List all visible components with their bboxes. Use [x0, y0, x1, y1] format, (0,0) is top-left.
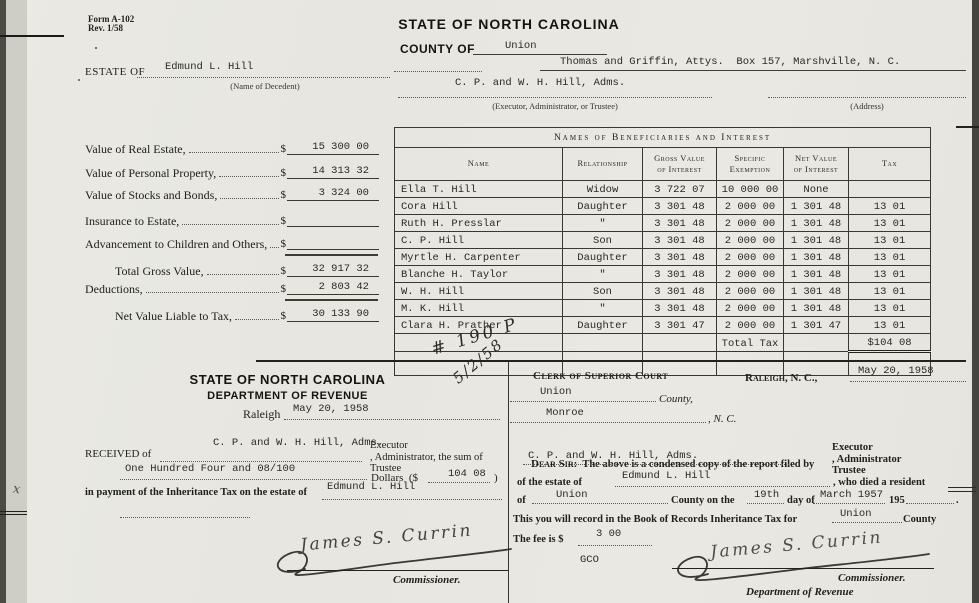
cell-net: 1 301 48	[784, 215, 849, 232]
county-line	[473, 54, 607, 55]
cell-relationship: Widow	[563, 181, 643, 198]
cell-tax: 13 01	[849, 249, 931, 266]
cell-tax: 13 01	[849, 266, 931, 283]
cell-empty	[784, 334, 849, 352]
typist-initials: GCO	[580, 554, 599, 566]
table-row: Cora HillDaughter3 301 482 000 001 301 4…	[395, 198, 931, 215]
valuation-label: Insurance to Estate,	[85, 215, 179, 227]
address-caption: (Address)	[768, 101, 966, 111]
amount-line: 14 313 32	[287, 164, 379, 179]
cell-exemption: 2 000 00	[717, 283, 784, 300]
cell-gross: 3 301 48	[643, 283, 717, 300]
table-row: W. H. HillSon3 301 482 000 001 301 4813 …	[395, 283, 931, 300]
cell-exemption: 2 000 00	[717, 215, 784, 232]
fee-value: 3 00	[596, 528, 621, 540]
cell-net: 1 301 48	[784, 249, 849, 266]
amount-in-words: One Hundred Four and 08/100	[125, 463, 295, 475]
cell-gross: 3 301 48	[643, 266, 717, 283]
death-month-line	[813, 503, 885, 504]
section-divider-horizontal	[256, 360, 966, 362]
cell-exemption: 10 000 00	[717, 181, 784, 198]
signature-line-left	[287, 570, 508, 571]
cell-tax: 13 01	[849, 300, 931, 317]
dollar-sign: $	[281, 311, 287, 322]
cell-tax	[849, 181, 931, 198]
attorneys-line: Thomas and Griffin, Attys. Box 157, Mars…	[560, 56, 900, 68]
scan-left-margin-line2	[0, 514, 27, 515]
cell-relationship: Daughter	[563, 317, 643, 334]
clerk-estate-name: Edmund L. Hill	[622, 470, 710, 482]
total-tax-value: $104 08	[849, 334, 931, 352]
of-label: of	[517, 495, 526, 506]
commissioner-label-right: Commissioner.	[838, 572, 906, 584]
executor-caption: (Executor, Administrator, or Trustee)	[398, 101, 712, 111]
col-header-gross: Gross Value of Interest	[643, 148, 717, 181]
cell-relationship: "	[563, 215, 643, 232]
dollar-sign: $	[281, 239, 287, 250]
cell-exemption: 2 000 00	[717, 266, 784, 283]
amount-value: 15 300 00	[312, 141, 369, 153]
cell-relationship: Son	[563, 232, 643, 249]
receipt-estate-line	[322, 499, 502, 500]
nc-label: , N. C.	[708, 413, 736, 425]
receipt-state-title: STATE OF NORTH CAROLINA	[165, 372, 410, 387]
clerk-filer-value: C. P. and W. H. Hill, Adms.	[528, 450, 698, 462]
table-row: Ella T. HillWidow3 722 0710 000 00None	[395, 181, 931, 198]
valuation-row-deductions: Deductions,$2 803 42	[85, 281, 379, 295]
decedent-caption: (Name of Decedent)	[215, 81, 315, 91]
amount-numeric-line	[428, 482, 490, 483]
cell-exemption: 2 000 00	[717, 317, 784, 334]
payment-line: in payment of the Inheritance Tax on the…	[85, 487, 307, 498]
clerk-role-stack: Executor , Administrator Trustee	[832, 442, 901, 477]
receipt-date-line	[284, 419, 500, 420]
year-line	[906, 503, 954, 504]
dollar-sign: $	[281, 168, 287, 179]
deductions-second-line	[285, 299, 378, 301]
dollar-sign: $	[281, 266, 287, 277]
inheritance-tax-form-scan: x Form A-102 Rev. 1/58 STATE OF NORTH CA…	[0, 0, 979, 603]
sentence-period: .	[956, 495, 959, 506]
cell-name: Ella T. Hill	[395, 181, 563, 198]
attorneys-underline	[540, 70, 966, 71]
cell-name: M. K. Hill	[395, 300, 563, 317]
cell-tax: 13 01	[849, 283, 931, 300]
valuation-row-net-value: Net Value Liable to Tax,$30 133 90	[85, 308, 379, 322]
estate-of-line-stub	[394, 71, 482, 72]
dollar-sign: $	[281, 216, 287, 227]
table-row: Ruth H. Presslar"3 301 482 000 001 301 4…	[395, 215, 931, 232]
col-header-exemption: Specific Exemption	[717, 148, 784, 181]
speck	[78, 79, 80, 81]
receipt-blank-line	[120, 517, 250, 518]
paren-close: )	[494, 472, 498, 484]
scan-right-dark-strip	[972, 0, 979, 603]
valuation-label: Advancement to Children and Others,	[85, 238, 267, 250]
estate-of-line	[137, 77, 390, 78]
commissioner-label-left: Commissioner.	[393, 574, 461, 586]
dollar-sign: $	[281, 144, 287, 155]
cell-net: 1 301 47	[784, 317, 849, 334]
receipt-estate-name: Edmund L. Hill	[327, 481, 415, 493]
scan-left-margin-line	[0, 511, 27, 512]
amount-value: 14 313 32	[312, 165, 369, 177]
executor-line	[398, 97, 712, 98]
decedent-name: Edmund L. Hill	[165, 61, 253, 73]
amount-line: 3 324 00	[287, 186, 379, 201]
clerk-date: May 20, 1958	[858, 365, 934, 377]
cell-gross: 3 301 47	[643, 317, 717, 334]
dotted-leader	[189, 152, 279, 153]
valuation-row-stocks-bonds: Value of Stocks and Bonds,$3 324 00	[85, 187, 379, 201]
amount-line: 30 133 90	[287, 307, 379, 322]
dotted-leader	[146, 292, 279, 293]
page-title: STATE OF NORTH CAROLINA	[398, 16, 620, 32]
valuation-row-personal-property: Value of Personal Property,$14 313 32	[85, 165, 379, 179]
cell-net: None	[784, 181, 849, 198]
cell-name: Myrtle H. Carpenter	[395, 249, 563, 266]
cell-relationship: "	[563, 266, 643, 283]
amount-value: 32 917 32	[312, 263, 369, 275]
dotted-leader	[270, 247, 278, 248]
clerk-of-court-label: Clerk of Superior Court	[533, 370, 668, 382]
clerk-city-value: Monroe	[546, 407, 584, 419]
valuation-label: Deductions,	[85, 283, 143, 295]
amount-value: 3 324 00	[319, 187, 369, 199]
clerk-estate-line	[615, 486, 830, 487]
role-executor: Executor	[832, 442, 901, 454]
cell-gross: 3 301 48	[643, 249, 717, 266]
cell-tax: 13 01	[849, 317, 931, 334]
amount-line	[287, 235, 379, 250]
year-prefix-label: 195	[889, 495, 905, 506]
cell-exemption: 2 000 00	[717, 300, 784, 317]
received-of-label: RECEIVED of	[85, 448, 151, 460]
table-caption: Names of Beneficiaries and Interest	[395, 128, 931, 148]
col-header-tax: Tax	[849, 148, 931, 181]
valuation-label: Total Gross Value,	[85, 265, 204, 277]
county-label: County,	[659, 393, 693, 405]
advancement-second-line	[285, 254, 378, 256]
raleigh-label: Raleigh, N. C.,	[745, 372, 817, 384]
cell-gross: 3 301 48	[643, 198, 717, 215]
dotted-leader	[207, 274, 279, 275]
death-day-value: 19th	[754, 489, 779, 501]
receipt-payer: C. P. and W. H. Hill, Adms.	[213, 437, 383, 449]
amount-line: 2 803 42	[287, 280, 379, 295]
valuation-label: Value of Real Estate,	[85, 143, 186, 155]
role-administrator: , Administrator, the sum of	[370, 452, 483, 464]
scan-left-margin-strip	[6, 0, 27, 603]
table-row: C. P. HillSon3 301 482 000 001 301 4813 …	[395, 232, 931, 249]
cell-name: Ruth H. Presslar	[395, 215, 563, 232]
col-header-relationship: Relationship	[563, 148, 643, 181]
fee-label: The fee is $	[513, 534, 563, 545]
dollar-sign: $	[281, 190, 287, 201]
dollar-sign: $	[281, 284, 287, 295]
valuation-row-advancement: Advancement to Children and Others,$	[85, 236, 379, 250]
death-month-value: March 1957	[820, 489, 883, 501]
table-row: Blanche H. Taylor"3 301 482 000 001 301 …	[395, 266, 931, 283]
amount-numeric: 104 08	[448, 468, 486, 480]
cell-empty	[563, 334, 643, 352]
record-county-label: County	[903, 514, 936, 525]
table-row: Myrtle H. CarpenterDaughter3 301 482 000…	[395, 249, 931, 266]
clerk-filer-line	[523, 464, 795, 465]
valuation-label: Value of Personal Property,	[85, 167, 216, 179]
clerk-county2-line	[532, 503, 668, 504]
cell-net: 1 301 48	[784, 283, 849, 300]
amount-value: 30 133 90	[312, 308, 369, 320]
dotted-leader	[219, 176, 278, 177]
cell-name: Cora Hill	[395, 198, 563, 215]
cell-relationship: Son	[563, 283, 643, 300]
cell-net: 1 301 48	[784, 232, 849, 249]
cell-gross: 3 301 48	[643, 232, 717, 249]
county-of-label: COUNTY OF	[400, 42, 475, 56]
clerk-city-line	[510, 422, 706, 423]
clerk-date-line	[850, 381, 966, 382]
cell-name: C. P. Hill	[395, 232, 563, 249]
form-revision: Rev. 1/58	[88, 23, 123, 33]
death-day-line	[747, 503, 784, 504]
role-executor: Executor	[370, 440, 483, 452]
cell-exemption: 2 000 00	[717, 198, 784, 215]
record-county-line	[832, 522, 902, 523]
receipt-dept-title: DEPARTMENT OF REVENUE	[165, 390, 410, 402]
dotted-leader	[182, 224, 278, 225]
cell-exemption: 2 000 00	[717, 249, 784, 266]
dotted-leader	[220, 198, 278, 199]
amount-line: 32 917 32	[287, 262, 379, 277]
cell-tax: 13 01	[849, 232, 931, 249]
cell-net: 1 301 48	[784, 266, 849, 283]
cell-empty	[643, 334, 717, 352]
cell-gross: 3 301 48	[643, 300, 717, 317]
valuation-label: Value of Stocks and Bonds,	[85, 189, 217, 201]
valuation-row-total-gross: Total Gross Value,$32 917 32	[85, 263, 379, 277]
scan-right-margin-mark2	[948, 491, 976, 492]
cell-tax: 13 01	[849, 215, 931, 232]
cell-gross: 3 301 48	[643, 215, 717, 232]
table-header-row: Name Relationship Gross Value of Interes…	[395, 148, 931, 181]
scan-topleft-edge-line	[0, 35, 64, 37]
cell-relationship: Daughter	[563, 249, 643, 266]
col-header-net: Net Value of Interest	[784, 148, 849, 181]
receipt-place-label: Raleigh	[243, 407, 280, 422]
county-on-label: County on the	[671, 495, 735, 506]
cell-gross: 3 722 07	[643, 181, 717, 198]
valuation-row-insurance: Insurance to Estate,$	[85, 213, 379, 227]
table-row: M. K. Hill"3 301 482 000 001 301 4813 01	[395, 300, 931, 317]
cell-relationship: "	[563, 300, 643, 317]
scan-right-margin-mark	[948, 487, 976, 488]
record-line: This you will record in the Book of Reco…	[513, 514, 797, 525]
cell-exemption: 2 000 00	[717, 232, 784, 249]
cell-net: 1 301 48	[784, 300, 849, 317]
col-header-name: Name	[395, 148, 563, 181]
received-of-line	[160, 461, 362, 462]
cell-relationship: Daughter	[563, 198, 643, 215]
amount-line: 15 300 00	[287, 140, 379, 155]
clerk-county-line	[510, 401, 656, 402]
cell-net: 1 301 48	[784, 198, 849, 215]
receipt-date: May 20, 1958	[293, 403, 369, 415]
county-value: Union	[505, 40, 537, 52]
fee-line	[578, 545, 652, 546]
speck	[95, 47, 97, 49]
role-administrator: , Administrator	[832, 454, 901, 466]
dept-of-revenue-label: Department of Revenue	[746, 586, 854, 598]
cell-name: Blanche H. Taylor	[395, 266, 563, 283]
cell-tax: 13 01	[849, 198, 931, 215]
dotted-leader	[235, 319, 278, 320]
amount-words-line	[120, 479, 367, 480]
valuation-label: Net Value Liable to Tax,	[85, 310, 232, 322]
scan-topright-edge-line	[956, 126, 979, 128]
role-trustee: Trustee	[832, 465, 901, 477]
address-line	[768, 97, 966, 98]
clerk-county-value: Union	[540, 386, 572, 398]
valuation-row-real-estate: Value of Real Estate,$15 300 00	[85, 141, 379, 155]
resident-label: , who died a resident	[833, 477, 925, 488]
cell-name: W. H. Hill	[395, 283, 563, 300]
table-caption-row: Names of Beneficiaries and Interest	[395, 128, 931, 148]
clerk-county2-value: Union	[556, 489, 588, 501]
amount-value: 2 803 42	[319, 281, 369, 293]
amount-line	[287, 212, 379, 227]
day-of-label: day of	[787, 495, 815, 506]
signature-line-right	[672, 568, 934, 569]
estate-of-label2: of the estate of	[517, 477, 582, 488]
total-tax-label: Total Tax	[717, 334, 784, 352]
executor-value: C. P. and W. H. Hill, Adms.	[455, 77, 625, 89]
record-county-value: Union	[840, 508, 872, 520]
